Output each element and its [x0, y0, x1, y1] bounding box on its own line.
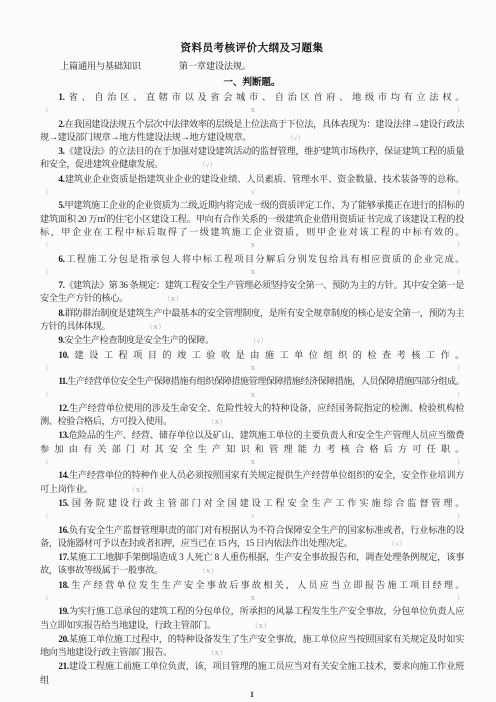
question-item: 10.建设工程项目的竣工验收是由施工单位组织的检查考核工作。（X） [40, 349, 464, 376]
question-item: 7.《建筑法》第 36 条规定：建筑工程安全生产管理必须坚持安全第一、预防为主的… [40, 279, 464, 307]
question-text: 建筑业企业资质是指建筑业企业的建设业绩、人员素质、管理水平、资金数量、技术装备等… [64, 174, 464, 184]
answer-mark: （√） [290, 135, 305, 142]
question-text: 在我国建设法规五个层次中法律效率的层级是上位法高于下位法，具体表现为：建设法律→… [40, 119, 464, 142]
question-text: 甲建筑施工企业的企业资质为二级,近期内将完成一级的资质评定工作、为了能够承揽正在… [40, 200, 464, 237]
question-text: 工程施工分包是指承包人将中标工程项目分解后分别发包给具有相应资质的企业完成。 [64, 254, 464, 264]
question-item: 11.生产经营单位安全生产保障措施有组织保障措施管理保障措施经济保障措施，人员保… [40, 375, 464, 402]
question-item: 3.《建设法》的立法目的在于加强对建设建筑活动的监督管理，维护建筑市场秩序，保证… [40, 145, 464, 173]
question-item: 8.群防群治制度是建筑生产中最基本的安全管理制度，是所有安全规章制度的核心是安全… [40, 307, 464, 335]
answer-mark: （X） [211, 650, 227, 657]
answer-mark: （X） [42, 389, 464, 402]
question-text: 建设工程项目的竣工验收是由施工单位组织的检查考核工作。 [69, 350, 464, 360]
answer-mark: （X） [149, 324, 165, 331]
section-heading: 一、判断题。 [40, 74, 464, 88]
answer-mark: （X） [42, 456, 464, 469]
chapter-heading: 第一章建设法规。 [179, 61, 251, 71]
question-number: 16. [58, 525, 68, 535]
question-number: 20. [58, 634, 68, 644]
question-item: 9.安全生产检查制度是安全生产的保障。（√） [40, 334, 464, 348]
answer-mark: （X） [132, 487, 148, 494]
question-number: 13. [58, 430, 68, 440]
question-number: 10. [58, 350, 68, 360]
question-item: 4.建筑业企业资质是指建筑业企业的建设业绩、人员素质、管理水平、资金数量、技术装… [40, 173, 464, 200]
question-text: 群防群治制度是建筑生产中最基本的安全管理制度，是所有安全规章制度的核心是安全第一… [40, 308, 464, 331]
question-item: 18.生产经营单位发生生产安全事故后事故相关，人员应当立即报告施工项目经理。（X… [40, 579, 464, 606]
question-number: 17. [58, 552, 68, 562]
subheading-row: 上篇通用与基础知识第一章建设法规。 [40, 58, 464, 72]
question-number: 21. [58, 661, 68, 671]
answer-mark: （√） [202, 162, 217, 169]
question-item: 13.危险品的生产、经营、储存单位以及矿山、建筑施工单位的主要负责人和安全生产管… [40, 429, 464, 469]
question-text: 建设工程施工前施工单位负责，该，项目管理的施工员应当对有关安全施工技术，要求向施… [40, 661, 464, 684]
answer-mark: （√） [253, 338, 268, 345]
answer-mark: （X） [167, 296, 183, 303]
question-text: 生产经营单位安全生产保障措施有组织保障措施管理保障措施经济保障措施，人员保障措施… [67, 376, 464, 386]
document-page: 资料员考核评价大纲及习题集 上篇通用与基础知识第一章建设法规。 一、判断题。 1… [0, 0, 496, 702]
question-item: 12.生产经营单位使用的涉及生命安全、危险性较大的特种设备，应经国务院指定的检测… [40, 402, 464, 430]
question-text: 某施工单位施工过程中，的特种设备发生了生产安全事故，施工单位应当按照国家有关规定… [40, 634, 464, 657]
question-item: 19.为实行施工总承包的建筑工程的分包单位，所承担的风暴工程发生生产安全事故，分… [40, 605, 464, 633]
question-text: 危险品的生产、经营、储存单位以及矿山、建筑施工单位的主要负责人和安全生产管理人员… [40, 430, 464, 453]
question-number: 12. [58, 403, 68, 413]
question-number: 15. [58, 498, 68, 508]
answer-mark: （X） [255, 623, 271, 630]
question-item: 17.某施工工地脚手架倒塌造成 3 人死亡 8 人重伤根据，生产安全事故报告和，… [40, 551, 464, 579]
question-text: 《建设法》的立法目的在于加强对建设建筑活动的监督管理，维护建筑市场秩序，保证建筑… [40, 146, 464, 169]
question-item: 5.甲建筑施工企业的企业资质为二级,近期内将完成一级的资质评定工作、为了能够承揽… [40, 199, 464, 252]
question-text: 某施工工地脚手架倒塌造成 3 人死亡 8 人重伤根据，生产安全事故报告和，调查处… [40, 552, 464, 575]
answer-mark: （X） [42, 266, 464, 279]
answer-mark: （X） [42, 362, 464, 375]
answer-mark: （X） [211, 419, 227, 426]
document-title: 资料员考核评价大纲及习题集 [40, 40, 464, 55]
question-item: 1.省、自治区、直辖市以及省会城市、自治区首府、地级市均有立法权。（X） [40, 91, 464, 118]
answer-mark: （X） [42, 239, 464, 252]
question-list: 1.省、自治区、直辖市以及省会城市、自治区首府、地级市均有立法权。（X） 2.在… [40, 91, 464, 687]
page-number: 1 [40, 689, 464, 699]
question-item: 14.生产经营单位的特种作业人员必须按照国家有关规定提供生产经营单位组织的安全，… [40, 469, 464, 497]
answer-mark: （√） [42, 510, 464, 523]
question-text: 国务院建设行政主管部门对全国建设工程安全生产工作实施综合监督管理。 [69, 498, 464, 508]
question-text: 生产经营单位发生生产安全事故后事故相关，人员应当立即报告施工项目经理。 [69, 580, 464, 590]
question-item: 2.在我国建设法规五个层次中法律效率的层级是上位法高于下位法，具体表现为：建设法… [40, 118, 464, 146]
question-number: 11. [58, 376, 67, 386]
question-text: 生产经营单位的特种作业人员必须按照国家有关规定提供生产经营单位组织的安全，安全作… [40, 470, 464, 493]
question-text: 安全生产检查制度是安全生产的保障。 [64, 335, 213, 345]
question-item: 16.负有安全生产监督管理职责的部门对有根据认为不符合保障安全生产的国家标准或者… [40, 524, 464, 552]
question-text: 《建筑法》第 36 条规定：建筑工程安全生产管理必须坚持安全第一、预防为主的方针… [40, 280, 464, 303]
question-item: 20.某施工单位施工过程中，的特种设备发生了生产安全事故，施工单位应当按照国家有… [40, 633, 464, 661]
question-item: 15.国务院建设行政主管部门对全国建设工程安全生产工作实施综合监督管理。（√） [40, 497, 464, 524]
answer-mark: （X） [42, 104, 464, 117]
question-number: 14. [58, 470, 68, 480]
question-item: 21.建设工程施工前施工单位负责，该，项目管理的施工员应当对有关安全施工技术，要… [40, 660, 464, 687]
answer-mark: （X） [202, 568, 218, 575]
question-text: 生产经营单位使用的涉及生命安全、危险性较大的特种设备，应经国务院指定的检测、检验… [40, 403, 464, 426]
question-number: 18. [58, 580, 68, 590]
question-text: 省、自治区、直辖市以及省会城市、自治区首府、地级市均有立法权。 [64, 92, 464, 102]
answer-mark: （√） [391, 541, 406, 548]
question-item: 6.工程施工分包是指承包人将中标工程项目分解后分别发包给具有相应资质的企业完成。… [40, 253, 464, 280]
answer-mark: （X） [42, 592, 464, 605]
part-heading: 上篇通用与基础知识 [60, 61, 141, 71]
question-text: 为实行施工总承包的建筑工程的分包单位，所承担的风暴工程发生生产安全事故，分包单位… [40, 606, 464, 629]
question-number: 19. [58, 606, 68, 616]
answer-mark: （√） [42, 186, 464, 199]
